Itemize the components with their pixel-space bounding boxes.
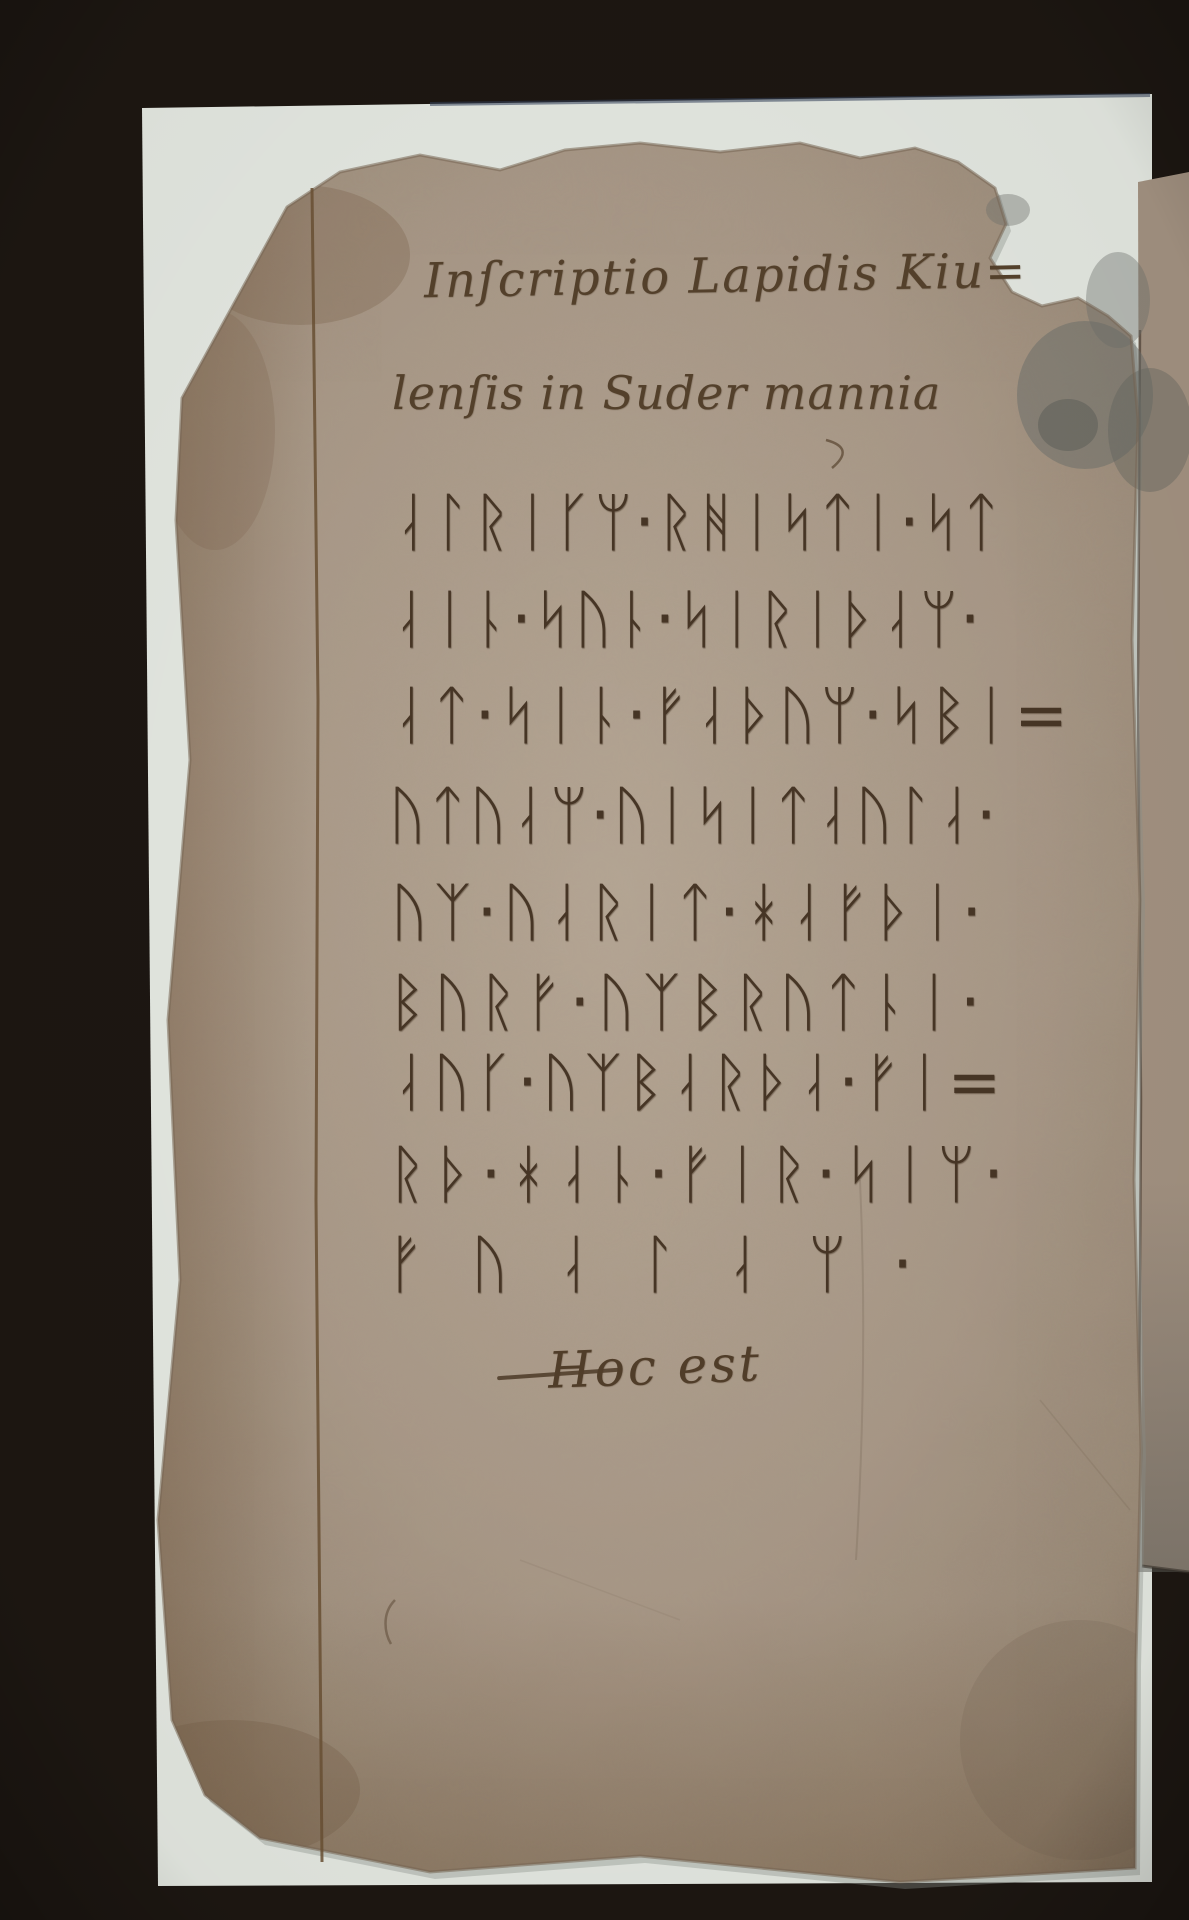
runic-line-9: ᚠᚢᛆᛚᛆᛘ· [386, 1233, 959, 1297]
runic-line-6: ᛒᚢᚱᚠ·ᚢᛉᛒᚱᚢᛏᚿᛁ· [388, 971, 988, 1035]
runic-line-5: ᚢᛉ·ᚢᛆᚱᛁᛏ·ᚼᛆᚠᚦᛁ· [390, 881, 987, 945]
runic-line-7: ᛆᚢᚴ·ᚢᛉᛒᛆᚱᚦᛆ·ᚠᛁ= [390, 1051, 1005, 1115]
runic-line-8: ᚱᚦ·ᚼᛆᚿ·ᚠᛁᚱ·ᛋᛁᛘ· [388, 1143, 1012, 1207]
title-line-2: lenſis in Suder mannia [392, 366, 941, 420]
runic-line-3: ᛆᛏ·ᛋᛁᚿ·ᚠᛆᚦᚢᛘ·ᛋᛒᛁ= [390, 684, 1072, 748]
title-line-1: Inſcriptio Lapidis Kiu= [424, 243, 1028, 310]
runic-line-1: ᛆᛚᚱᛁᚴᛘ·ᚱᚻᛁᛋᛏᛁ·ᛋᛏ [392, 491, 1002, 555]
manuscript-photo: Inſcriptio Lapidis Kiu= lenſis in Suder … [0, 0, 1189, 1920]
runic-line-4: ᚢᛏᚢᛆᛘ·ᚢᛁᛋᛁᛏᛆᚢᛚᛆ· [388, 784, 998, 848]
runic-line-2: ᛆᛁᚿ·ᛋᚢᚿ·ᛋᛁᚱᛁᚦᛆᛘ· [390, 588, 982, 652]
closing-note: Hoc est [547, 1334, 763, 1399]
